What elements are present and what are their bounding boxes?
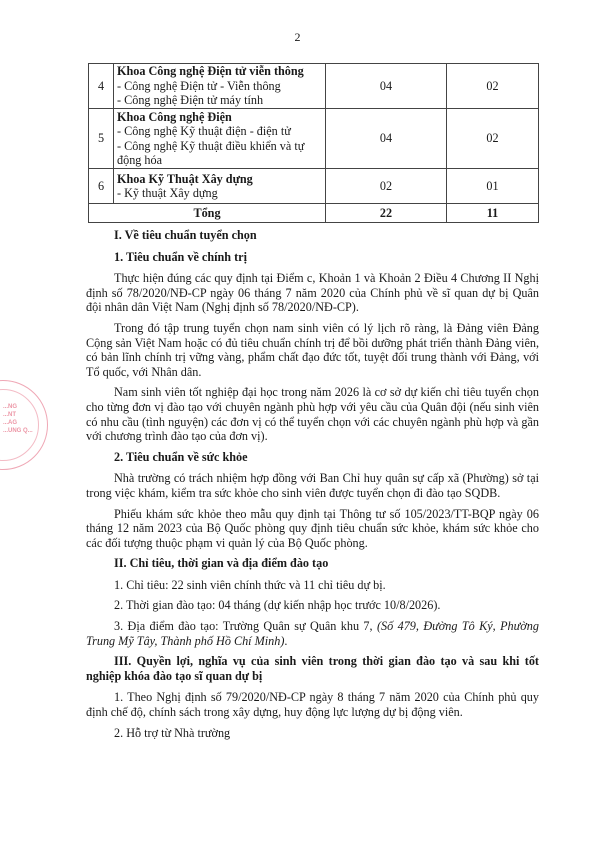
reserve-quota: 02 [447, 109, 539, 169]
official-quota: 04 [326, 64, 447, 109]
official-quota: 02 [326, 169, 447, 204]
punctuation: . [284, 634, 287, 648]
major-item: - Công nghệ Điện tử máy tính [117, 93, 322, 108]
faculty-cell: Khoa Công nghệ Điện tử viễn thông - Công… [114, 64, 326, 109]
table-row: 5 Khoa Công nghệ Điện - Công nghệ Kỹ thu… [89, 109, 539, 169]
list-item: 2. Thời gian đào tạo: 04 tháng (dự kiến … [86, 598, 539, 613]
paragraph: Nhà trường có trách nhiệm hợp đồng với B… [86, 471, 539, 500]
total-reserve: 11 [447, 204, 539, 223]
major-item: - Công nghệ Kỹ thuật điều khiển và tự độ… [117, 139, 322, 168]
list-item: 1. Chỉ tiêu: 22 sinh viên chính thức và … [86, 578, 539, 593]
official-quota: 04 [326, 109, 447, 169]
document-body: I. Về tiêu chuẩn tuyển chọn 1. Tiêu chuẩ… [86, 228, 539, 746]
subsection-1-1-heading: 1. Tiêu chuẩn về chính trị [86, 250, 539, 265]
location-text: 3. Địa điểm đào tạo: Trường Quân sự Quân… [114, 619, 377, 633]
faculty-name: Khoa Công nghệ Điện tử viễn thông [117, 64, 322, 79]
seal-text-line: ...NT [3, 411, 33, 419]
major-item: - Kỹ thuật Xây dựng [117, 186, 322, 201]
reserve-quota: 01 [447, 169, 539, 204]
faculty-cell: Khoa Kỹ Thuật Xây dựng - Kỹ thuật Xây dự… [114, 169, 326, 204]
quota-table: 4 Khoa Công nghệ Điện tử viễn thông - Cô… [88, 63, 539, 223]
seal-text: ...NG ...NT ...AG ...UNG Q... [3, 403, 33, 435]
list-item: 3. Địa điểm đào tạo: Trường Quân sự Quân… [86, 619, 539, 648]
section-1-heading: I. Về tiêu chuẩn tuyển chọn [86, 228, 539, 243]
table-total-row: Tổng 22 11 [89, 204, 539, 223]
row-number: 5 [89, 109, 114, 169]
seal-text-line: ...UNG Q... [3, 427, 33, 435]
seal-text-line: ...NG [3, 403, 33, 411]
paragraph: Thực hiện đúng các quy định tại Điểm c, … [86, 271, 539, 315]
major-item: - Công nghệ Kỹ thuật điện - điện tử [117, 124, 322, 139]
faculty-cell: Khoa Công nghệ Điện - Công nghệ Kỹ thuật… [114, 109, 326, 169]
table-row: 4 Khoa Công nghệ Điện tử viễn thông - Cô… [89, 64, 539, 109]
seal-text-line: ...AG [3, 419, 33, 427]
paragraph: Nam sinh viên tốt nghiệp đại học trong n… [86, 385, 539, 443]
reserve-quota: 02 [447, 64, 539, 109]
row-number: 4 [89, 64, 114, 109]
paragraph: Trong đó tập trung tuyển chọn nam sinh v… [86, 321, 539, 379]
total-label: Tổng [89, 204, 326, 223]
official-seal-icon: ...NG ...NT ...AG ...UNG Q... [0, 380, 48, 470]
section-2-heading: II. Chỉ tiêu, thời gian và địa điểm đào … [86, 556, 539, 571]
paragraph: Phiếu khám sức khỏe theo mẫu quy định tạ… [86, 507, 539, 551]
list-item: 1. Theo Nghị định số 79/2020/NĐ-CP ngày … [86, 690, 539, 719]
major-item: - Công nghệ Điện tử - Viễn thông [117, 79, 322, 94]
row-number: 6 [89, 169, 114, 204]
table-row: 6 Khoa Kỹ Thuật Xây dựng - Kỹ thuật Xây … [89, 169, 539, 204]
section-3-heading: III. Quyền lợi, nghĩa vụ của sinh viên t… [86, 654, 539, 683]
list-item: 2. Hỗ trợ từ Nhà trường [86, 726, 539, 741]
page-number: 2 [0, 30, 595, 45]
subsection-1-2-heading: 2. Tiêu chuẩn về sức khỏe [86, 450, 539, 465]
faculty-name: Khoa Công nghệ Điện [117, 110, 322, 125]
total-official: 22 [326, 204, 447, 223]
faculty-name: Khoa Kỹ Thuật Xây dựng [117, 172, 322, 187]
